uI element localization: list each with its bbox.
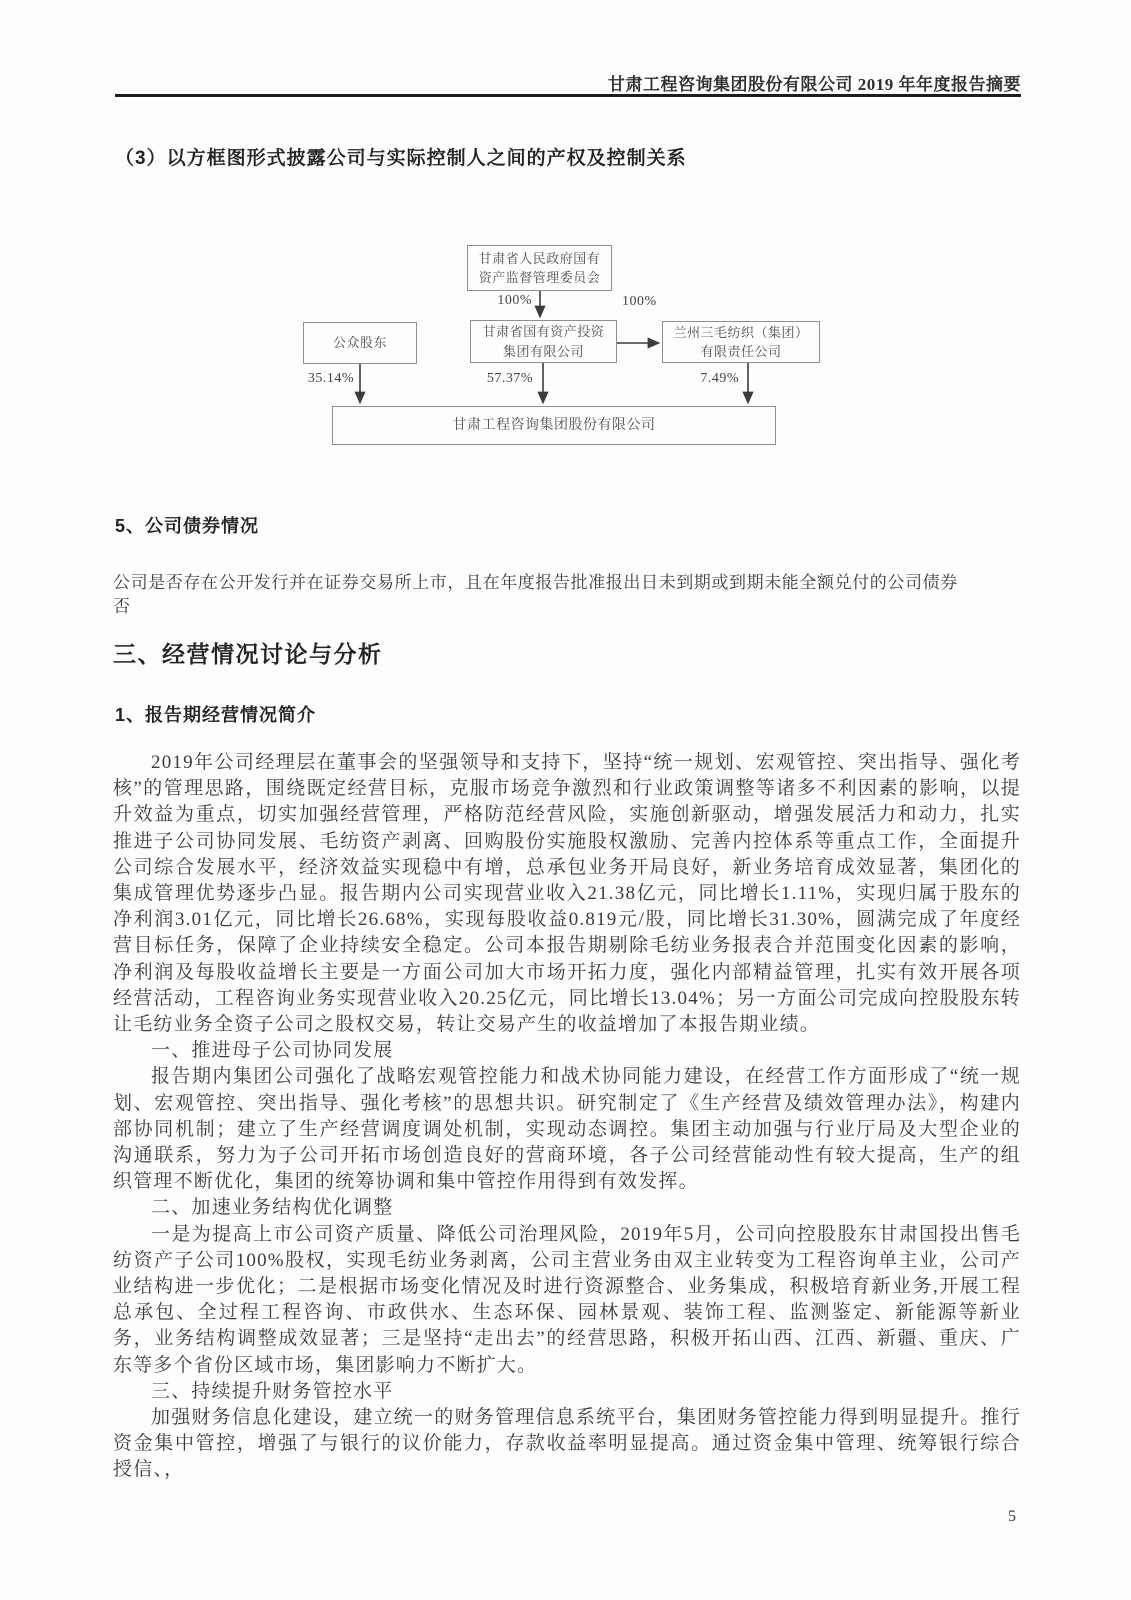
section-5-heading: 5、公司债券情况 [115,512,259,538]
header-rule [115,94,1021,97]
section-3-heading: （3）以方框图形式披露公司与实际控制人之间的产权及控制关系 [115,143,687,170]
body-paragraph: 三、持续提升财务管控水平 [113,1379,1021,1405]
report-period-subheading: 1、报告期经营情况简介 [115,701,316,727]
ownership-pct-public-to-company: 35.14% [292,371,354,387]
body-paragraph: 2019年公司经理层在董事会的坚强领导和支持下，坚持“统一规划、宏观管控、突出指… [113,750,1021,1038]
diagram-box-sasac: 甘肃省人民政府国有资产监督管理委员会 [467,245,612,291]
discussion-section-heading: 三、经营情况讨论与分析 [113,636,383,669]
body-paragraph: 一是为提高上市公司资产质量、降低公司治理风险，2019年5月，公司向控股股东甘肃… [113,1222,1021,1379]
ownership-pct-group-to-sanmao: 100% [622,294,672,310]
body-paragraph: 二、加速业务结构优化调整 [113,1195,1021,1221]
diagram-box-public-shareholders: 公众股东 [303,322,417,364]
ownership-diagram: 甘肃省人民政府国有资产监督管理委员会 公众股东 甘肃省国有资产投资集团有限公司 … [0,230,1131,460]
document-page: 甘肃工程咨询集团股份有限公司 2019 年年度报告摘要 （3）以方框图形式披露公… [0,0,1131,1600]
ownership-pct-sanmao-to-company: 7.49% [681,371,739,387]
diagram-box-investment-group: 甘肃省国有资产投资集团有限公司 [470,320,617,363]
diagram-box-lanzhou-sanmao: 兰州三毛纺织（集团）有限责任公司 [662,321,820,363]
body-paragraph: 加强财务信息化建设，建立统一的财务管理信息系统平台，集团财务管控能力得到明显提升… [113,1405,1021,1484]
ownership-pct-sasac-to-group: 100% [487,293,532,309]
bond-answer-text: 否 [113,592,130,617]
diagram-box-company: 甘肃工程咨询集团股份有限公司 [332,406,776,445]
bond-question-text: 公司是否存在公开发行并在证券交易所上市，且在年度报告批准报出日未到期或到期未能全… [113,568,1023,593]
body-paragraph: 一、推进母子公司协同发展 [113,1038,1021,1064]
page-header-title: 甘肃工程咨询集团股份有限公司 2019 年年度报告摘要 [608,70,1021,95]
body-paragraph: 报告期内集团公司强化了战略宏观管控能力和战术协同能力建设，在经营工作方面形成了“… [113,1064,1021,1195]
report-body: 2019年公司经理层在董事会的坚强领导和支持下，坚持“统一规划、宏观管控、突出指… [113,750,1021,1484]
ownership-pct-group-to-company: 57.37% [471,371,533,387]
page-number: 5 [1008,1508,1016,1526]
